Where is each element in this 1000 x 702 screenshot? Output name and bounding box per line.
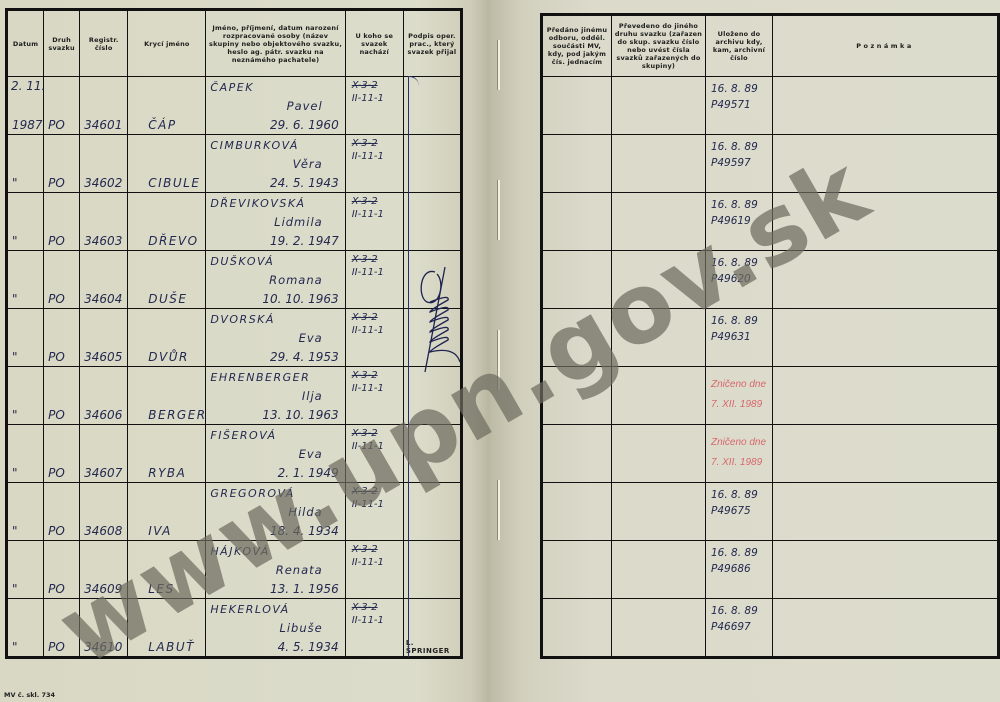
file-type: PO [48, 234, 65, 248]
header-u-koho: U koho se svazek nachází [345, 10, 403, 77]
location-cell: X-3-2II-11-1 [345, 193, 403, 251]
person-first-name: Libuše [279, 621, 322, 635]
person-cell: EHRENBERGERIlja13. 10. 1963 [206, 367, 345, 425]
destroyed-stamp-date: 7. XII. 1989 [711, 457, 762, 468]
cover-cell: ČÁP [128, 77, 206, 135]
table-row: 16. 8. 89P49675 [542, 483, 999, 541]
reg-cell: 34601 [80, 77, 128, 135]
person-cell: DUŠKOVÁRomana10. 10. 1963 [206, 251, 345, 309]
note-cell [773, 425, 999, 483]
location-cell: X-3-2II-11-1 [345, 599, 403, 658]
destroyed-stamp-date: 7. XII. 1989 [711, 399, 762, 410]
cover-cell: BERGER [128, 367, 206, 425]
archive-number: P49571 [711, 99, 751, 111]
person-first-name: Renata [276, 563, 323, 577]
table-row: "PO34610LABUŤHEKERLOVÁLibuše4. 5. 1934X-… [7, 599, 462, 658]
reg-cell: 34602 [80, 135, 128, 193]
date-year: 1987 [12, 118, 43, 132]
location-cell: X-3-2II-11-1 [345, 425, 403, 483]
date-cell: " [7, 367, 44, 425]
person-cell: HÁJKOVÁRenata13. 1. 1956 [206, 541, 345, 599]
reg-cell: 34608 [80, 483, 128, 541]
cover-cell: RYBA [128, 425, 206, 483]
note-cell [773, 367, 999, 425]
reg-number: 34605 [84, 350, 122, 364]
archive-number: P49675 [711, 505, 751, 517]
location-struck: X-3-2 [352, 486, 378, 497]
table-row: "PO34606BERGEREHRENBERGERIlja13. 10. 196… [7, 367, 462, 425]
location-cell: X-3-2II-11-1 [345, 251, 403, 309]
archive-date: 16. 8. 89 [711, 547, 758, 559]
person-first-name: Eva [299, 447, 323, 461]
person-surname: HÁJKOVÁ [210, 545, 269, 558]
person-surname: DVORSKÁ [210, 313, 275, 326]
location: II-11-1 [352, 267, 384, 278]
header-row: Datum Druh svazku Registr. číslo Krycí j… [7, 10, 462, 77]
reg-number: 34603 [84, 234, 122, 248]
form-footer: MV č. skl. 734 [4, 691, 55, 699]
type-cell: PO [44, 599, 80, 658]
location-struck: X-3-2 [352, 370, 378, 381]
table-row: 16. 8. 89P49620 [542, 251, 999, 309]
person-cell: ČAPEKPavel29. 6. 1960 [206, 77, 345, 135]
archive-date: 16. 8. 89 [711, 605, 758, 617]
reg-number: 34602 [84, 176, 122, 190]
note-cell [773, 541, 999, 599]
person-surname: FIŠEROVÁ [210, 429, 276, 442]
table-row: "PO34607RYBAFIŠEROVÁEva2. 1. 1949X-3-2II… [7, 425, 462, 483]
transferred-cell [542, 309, 612, 367]
location-struck: X-3-2 [352, 138, 378, 149]
cover-name: LES [148, 582, 174, 596]
person-dob: 13. 10. 1963 [262, 408, 338, 422]
table-row: "PO34603DŘEVODŘEVIKOVSKÁLidmila19. 2. 19… [7, 193, 462, 251]
header-row: Předáno jinému odboru, odděl. součásti M… [542, 15, 999, 77]
converted-cell [612, 599, 706, 658]
person-first-name: Lidmila [274, 215, 323, 229]
person-surname: ČAPEK [210, 81, 254, 94]
table-row: 16. 8. 89P49631 [542, 309, 999, 367]
destroyed-stamp: Zničeno dne [711, 437, 766, 448]
transferred-cell [542, 77, 612, 135]
converted-cell [612, 193, 706, 251]
file-type: PO [48, 466, 65, 480]
reg-cell: 34606 [80, 367, 128, 425]
converted-cell [612, 367, 706, 425]
person-dob: 4. 5. 1934 [278, 640, 339, 654]
table-row: Zničeno dne7. XII. 1989 [542, 425, 999, 483]
reg-number: 34608 [84, 524, 122, 538]
date-cell: " [7, 193, 44, 251]
location-cell: X-3-2II-11-1 [345, 309, 403, 367]
archive-cell: Zničeno dne7. XII. 1989 [706, 367, 773, 425]
archive-cell: 16. 8. 89P49619 [706, 193, 773, 251]
table-row: "PO34608IVAGREGOROVÁHilda18. 4. 1934X-3-… [7, 483, 462, 541]
note-cell [773, 251, 999, 309]
cover-cell: DVŮR [128, 309, 206, 367]
table-row: "PO34604DUŠEDUŠKOVÁRomana10. 10. 1963X-3… [7, 251, 462, 309]
date-year: " [12, 234, 18, 248]
location-cell: X-3-2II-11-1 [345, 135, 403, 193]
transferred-cell [542, 193, 612, 251]
date-year: " [12, 466, 18, 480]
archive-cell: 16. 8. 89P49571 [706, 77, 773, 135]
archive-date: 16. 8. 89 [711, 257, 758, 269]
type-cell: PO [44, 193, 80, 251]
archive-number: P46697 [711, 621, 751, 633]
file-type: PO [48, 524, 65, 538]
person-cell: DVORSKÁEva29. 4. 1953 [206, 309, 345, 367]
type-cell: PO [44, 483, 80, 541]
location-cell: X-3-2II-11-1 [345, 541, 403, 599]
table-row: 2. 11.1987PO34601ČÁPČAPEKPavel29. 6. 196… [7, 77, 462, 135]
reg-number: 34604 [84, 292, 122, 306]
person-cell: GREGOROVÁHilda18. 4. 1934 [206, 483, 345, 541]
converted-cell [612, 425, 706, 483]
location: II-11-1 [352, 615, 384, 626]
person-cell: CIMBURKOVÁVěra24. 5. 1943 [206, 135, 345, 193]
location-cell: X-3-2II-11-1 [345, 77, 403, 135]
type-cell: PO [44, 251, 80, 309]
cover-name: IVA [148, 524, 172, 538]
person-dob: 24. 5. 1943 [270, 176, 339, 190]
reg-cell: 34605 [80, 309, 128, 367]
file-type: PO [48, 640, 65, 654]
reg-number: 34607 [84, 466, 122, 480]
reg-cell: 34610 [80, 599, 128, 658]
cover-cell: CIBULE [128, 135, 206, 193]
archive-number: P49631 [711, 331, 751, 343]
cover-name: DUŠE [148, 292, 187, 306]
person-dob: 29. 6. 1960 [270, 118, 339, 132]
converted-cell [612, 483, 706, 541]
transferred-cell [542, 483, 612, 541]
file-type: PO [48, 408, 65, 422]
file-type: PO [48, 350, 65, 364]
location: II-11-1 [352, 325, 384, 336]
header-poznamka: Poznámka [773, 15, 999, 77]
header-kryci-jmeno: Krycí jméno [128, 10, 206, 77]
header-jmeno-osoby: Jméno, příjmení, datum narození rozpraco… [206, 10, 345, 77]
note-cell [773, 77, 999, 135]
location: II-11-1 [352, 557, 384, 568]
file-type: PO [48, 118, 65, 132]
cover-cell: DŘEVO [128, 193, 206, 251]
file-type: PO [48, 292, 65, 306]
header-registr-cislo: Registr. číslo [80, 10, 128, 77]
date-cell: " [7, 425, 44, 483]
archive-number: P49619 [711, 215, 751, 227]
archive-date: 16. 8. 89 [711, 141, 758, 153]
person-first-name: Hilda [288, 505, 322, 519]
person-surname: DUŠKOVÁ [210, 255, 274, 268]
table-row: 16. 8. 89P49597 [542, 135, 999, 193]
date-cell: " [7, 541, 44, 599]
date-cell: " [7, 483, 44, 541]
person-dob: 10. 10. 1963 [262, 292, 338, 306]
location-cell: X-3-2II-11-1 [345, 367, 403, 425]
binding-stitch [497, 330, 500, 390]
date-cell: " [7, 135, 44, 193]
location: II-11-1 [352, 441, 384, 452]
date-year: " [12, 350, 18, 364]
person-dob: 2. 1. 1949 [278, 466, 339, 480]
person-first-name: Ilja [302, 389, 323, 403]
cover-name: ČÁP [148, 118, 176, 132]
note-cell [773, 309, 999, 367]
table-row: 16. 8. 89P49571 [542, 77, 999, 135]
person-first-name: Pavel [287, 99, 323, 113]
cover-cell: LES [128, 541, 206, 599]
date-year: " [12, 640, 18, 654]
transferred-cell [542, 251, 612, 309]
cover-name: DŘEVO [148, 234, 198, 248]
cover-name: BERGER [148, 408, 206, 422]
table-row: Zničeno dne7. XII. 1989 [542, 367, 999, 425]
header-podpis: Podpis oper. prac., který svazek přijal [403, 10, 461, 77]
type-cell: PO [44, 309, 80, 367]
archive-number: P49620 [711, 273, 751, 285]
archive-number: P49686 [711, 563, 751, 575]
file-type: PO [48, 582, 65, 596]
cover-name: RYBA [148, 466, 186, 480]
archive-date: 16. 8. 89 [711, 489, 758, 501]
cover-name: DVŮR [148, 350, 189, 364]
archive-cell: 16. 8. 89P49597 [706, 135, 773, 193]
transferred-cell [542, 135, 612, 193]
reg-number: 34606 [84, 408, 122, 422]
header-ulozeno: Uloženo do archivu kdy, kam, archivní čí… [706, 15, 773, 77]
converted-cell [612, 251, 706, 309]
table-row: "PO34609LESHÁJKOVÁRenata13. 1. 1956X-3-2… [7, 541, 462, 599]
type-cell: PO [44, 367, 80, 425]
person-surname: GREGOROVÁ [210, 487, 294, 500]
binding-stitch [497, 40, 500, 90]
person-surname: DŘEVIKOVSKÁ [210, 197, 305, 210]
archive-date: 16. 8. 89 [711, 199, 758, 211]
location-struck: X-3-2 [352, 602, 378, 613]
person-surname: CIMBURKOVÁ [210, 139, 299, 152]
archive-cell: 16. 8. 89P46697 [706, 599, 773, 658]
reg-cell: 34604 [80, 251, 128, 309]
location-struck: X-3-2 [352, 544, 378, 555]
signature-icon [415, 262, 465, 382]
transferred-cell [542, 425, 612, 483]
transferred-cell [542, 367, 612, 425]
register-table: Datum Druh svazku Registr. číslo Krycí j… [5, 8, 463, 659]
transferred-cell [542, 599, 612, 658]
date-year: " [12, 582, 18, 596]
reg-cell: 34603 [80, 193, 128, 251]
person-first-name: Věra [293, 157, 323, 171]
person-dob: 19. 2. 1947 [270, 234, 339, 248]
cover-cell: DUŠE [128, 251, 206, 309]
location-struck: X-3-2 [352, 254, 378, 265]
archive-cell: 16. 8. 89P49631 [706, 309, 773, 367]
binding-stitch [497, 180, 500, 240]
person-first-name: Romana [269, 273, 323, 287]
person-cell: FIŠEROVÁEva2. 1. 1949 [206, 425, 345, 483]
archive-cell: Zničeno dne7. XII. 1989 [706, 425, 773, 483]
reg-number: 34610 [84, 640, 122, 654]
location: II-11-1 [352, 93, 384, 104]
archive-cell: 16. 8. 89P49675 [706, 483, 773, 541]
converted-cell [612, 77, 706, 135]
note-cell [773, 135, 999, 193]
table-row: 16. 8. 89P46697 [542, 599, 999, 658]
archive-date: 16. 8. 89 [711, 315, 758, 327]
header-prevedeno: Převedeno do jiného druhu svazku (zařaze… [612, 15, 706, 77]
note-cell [773, 599, 999, 658]
date-year: " [12, 176, 18, 190]
cover-name: LABUŤ [148, 640, 195, 654]
header-druh-svazku: Druh svazku [44, 10, 80, 77]
location-cell: X-3-2II-11-1 [345, 483, 403, 541]
location: II-11-1 [352, 151, 384, 162]
person-dob: 29. 4. 1953 [270, 350, 339, 364]
person-dob: 13. 1. 1956 [270, 582, 339, 596]
converted-cell [612, 309, 706, 367]
archive-date: 16. 8. 89 [711, 83, 758, 95]
person-first-name: Eva [299, 331, 323, 345]
date-cell: " [7, 251, 44, 309]
date-cell: " [7, 599, 44, 658]
cover-cell: IVA [128, 483, 206, 541]
reg-number: 34601 [84, 118, 122, 132]
location-struck: X-3-2 [352, 196, 378, 207]
converted-cell [612, 135, 706, 193]
person-cell: HEKERLOVÁLibuše4. 5. 1934 [206, 599, 345, 658]
date-cell: 2. 11.1987 [7, 77, 44, 135]
date-year: " [12, 292, 18, 306]
destroyed-stamp: Zničeno dne [711, 379, 766, 390]
header-predano: Předáno jinému odboru, odděl. součásti M… [542, 15, 612, 77]
location: II-11-1 [352, 383, 384, 394]
archive-number: P49597 [711, 157, 751, 169]
location-struck: X-3-2 [352, 428, 378, 439]
reg-cell: 34607 [80, 425, 128, 483]
binding-stitch [497, 480, 500, 540]
date-day: 2. 11. [11, 79, 45, 93]
table-row: "PO34605DVŮRDVORSKÁEva29. 4. 1953X-3-2II… [7, 309, 462, 367]
date-cell: " [7, 309, 44, 367]
person-cell: DŘEVIKOVSKÁLidmila19. 2. 1947 [206, 193, 345, 251]
person-surname: HEKERLOVÁ [210, 603, 289, 616]
archive-table: Předáno jinému odboru, odděl. součásti M… [540, 13, 1000, 659]
location-struck: X-3-2 [352, 312, 378, 323]
reg-cell: 34609 [80, 541, 128, 599]
converted-cell [612, 541, 706, 599]
cover-name: CIBULE [148, 176, 200, 190]
date-year: " [12, 524, 18, 538]
table-row: 16. 8. 89P49686 [542, 541, 999, 599]
location-struck: X-3-2 [352, 80, 378, 91]
note-cell [773, 483, 999, 541]
person-dob: 18. 4. 1934 [270, 524, 339, 538]
transferred-cell [542, 541, 612, 599]
archive-cell: 16. 8. 89P49686 [706, 541, 773, 599]
table-row: "PO34602CIBULECIMBURKOVÁVěra24. 5. 1943X… [7, 135, 462, 193]
type-cell: PO [44, 541, 80, 599]
location: II-11-1 [352, 499, 384, 510]
type-cell: PO [44, 425, 80, 483]
note-cell [773, 193, 999, 251]
type-cell: PO [44, 77, 80, 135]
cover-cell: LABUŤ [128, 599, 206, 658]
reg-number: 34609 [84, 582, 122, 596]
date-year: " [12, 408, 18, 422]
type-cell: PO [44, 135, 80, 193]
table-row: 16. 8. 89P49619 [542, 193, 999, 251]
archive-cell: 16. 8. 89P49620 [706, 251, 773, 309]
file-type: PO [48, 176, 65, 190]
person-surname: EHRENBERGER [210, 371, 310, 384]
header-datum: Datum [7, 10, 44, 77]
location: II-11-1 [352, 209, 384, 220]
